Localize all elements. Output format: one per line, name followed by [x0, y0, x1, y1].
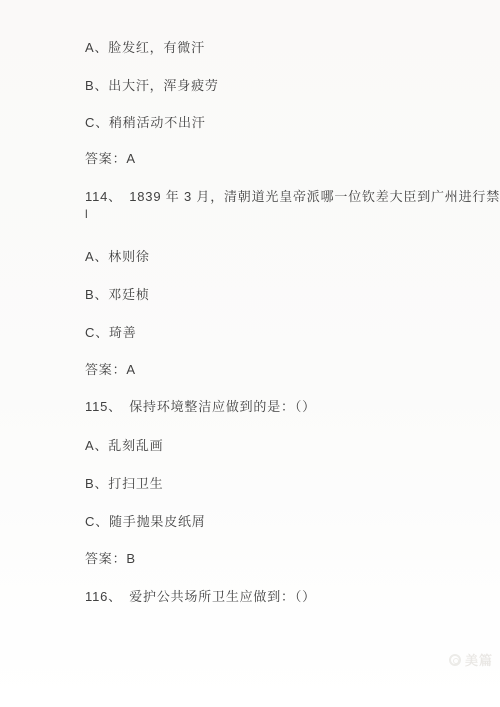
q115-question: 115、 保持环境整洁应做到的是：（） — [85, 399, 316, 414]
q113-option-c: C、稍稍活动不出汗 — [85, 115, 206, 130]
stray-mark: l — [85, 207, 88, 222]
q115-option-c: C、随手抛果皮纸屑 — [85, 514, 206, 529]
watermark: 美篇 — [449, 650, 493, 669]
q114-answer: 答案：A — [85, 362, 136, 377]
q115-option-a: A、乱刻乱画 — [85, 438, 163, 453]
q113-answer: 答案：A — [85, 151, 136, 166]
q113-option-a: A、脸发红，有微汗 — [85, 40, 205, 55]
meipian-logo-icon — [449, 654, 461, 666]
q114-option-b: B、邓廷桢 — [85, 287, 150, 302]
q114-option-a: A、林则徐 — [85, 249, 150, 264]
q113-option-b: B、出大汗，浑身疲劳 — [85, 78, 219, 93]
q114-question: 114、 1839 年 3 月，清朝道光皇帝派哪一位钦差大臣到广州进行禁烟运动。 — [85, 189, 500, 204]
q114-option-c: C、琦善 — [85, 325, 137, 340]
q116-question: 116、 爱护公共场所卫生应做到：（） — [85, 589, 316, 604]
watermark-label: 美篇 — [465, 650, 493, 669]
q115-option-b: B、打扫卫生 — [85, 476, 163, 491]
quiz-document-photo: A、脸发红，有微汗 B、出大汗，浑身疲劳 C、稍稍活动不出汗 答案：A 114、… — [0, 0, 500, 707]
q115-answer: 答案：B — [85, 551, 136, 566]
